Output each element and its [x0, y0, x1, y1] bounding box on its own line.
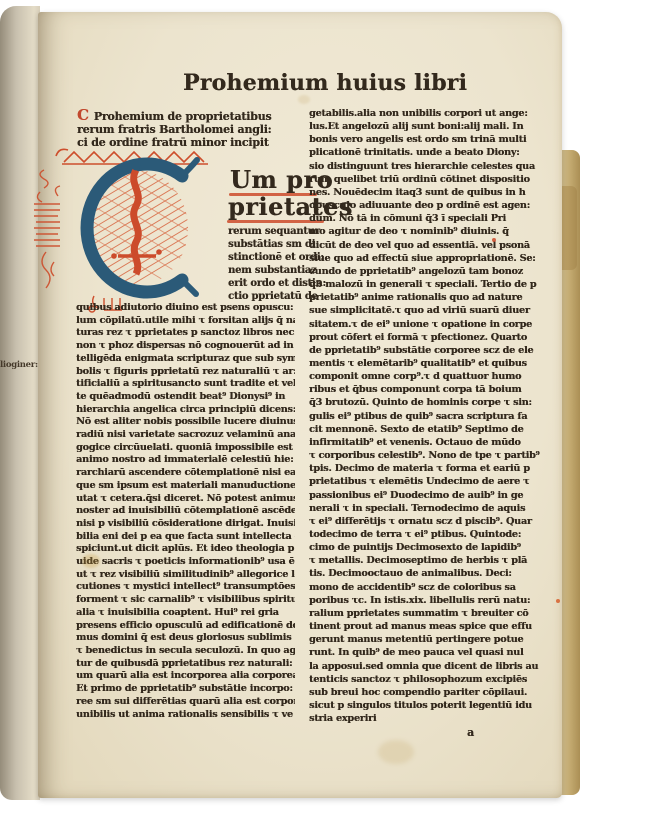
- text-line: todecimo de terra τ ei⁹ ptibus. Quintode…: [309, 528, 554, 541]
- text-line: mentis τ elemētarib⁹ qualitatib⁹ et quib…: [309, 357, 554, 370]
- red-ink-dot: [556, 599, 560, 603]
- text-line: ree sm sui differētias quarū alia est co…: [76, 696, 295, 709]
- text-line: opusculo adiuuante deo p ordinē est agen…: [309, 199, 554, 212]
- text-line: animo nostro ad immaterialē celestiū hie…: [76, 454, 295, 467]
- text-line: siue quo ad effectū siue appropriationē.…: [309, 252, 554, 265]
- text-line: tis. Decimooctauo de animalibus. Deci:: [309, 567, 554, 580]
- text-line: gerunt manus metentiū pertingere potue: [309, 633, 554, 646]
- text-line: mo agitur de deo τ nominib⁹ diuinis. q̄: [309, 225, 554, 238]
- text-line: radiū nisi varietate sacrozuz velaminū a…: [76, 429, 295, 442]
- text-line: sicut p singulos titulos poterit legenti…: [309, 699, 554, 712]
- text-line: prietatibus τ elemētis Undecimo de aere …: [309, 475, 554, 488]
- text-line: runt. In quib⁹ de meo pauca vel quasi nu…: [309, 646, 554, 659]
- text-line: tificialiū a spiritusancto sunt tradite …: [76, 378, 295, 391]
- text-line: tenticis sanctoz τ philosophozum excipiē…: [309, 673, 554, 686]
- text-line: utat τ cetera.q̄si diceret. Nō potest an…: [76, 493, 295, 506]
- text-line: bilia eni dei p ea que facta sunt intell…: [76, 531, 295, 544]
- text-line: q̄3 brutozū. Quinto de hominis corpe τ s…: [309, 396, 554, 409]
- red-ink-dot: [492, 238, 496, 242]
- text-line: presens efficio opusculū ad edificationē…: [76, 620, 295, 633]
- foxing-spot: [298, 95, 310, 104]
- text-fragment: iner:: [17, 360, 38, 370]
- text-line: cimo de puintijs Decimosexto de lapidib⁹: [309, 541, 554, 554]
- text-line: lus.Et angelozū alij sunt boni:alij mali…: [309, 120, 554, 133]
- text-line: stria experiri: [309, 712, 554, 725]
- text-line: poribus τc. In istis.xix. libellulis rer…: [309, 594, 554, 607]
- rubric-line: rerum fratris Bartholomei angli:: [77, 123, 321, 136]
- text-line: componit omne corp⁹.τ d quattuor humo: [309, 370, 554, 383]
- text-line: unibilis ut anima rationalis sensibilis …: [76, 709, 295, 722]
- book-photograph: lioginer:euiDili Prohemium huius libri C…: [0, 0, 647, 828]
- signature-mark: a: [467, 726, 474, 739]
- text-line: sio distinguunt tres hierarchie celestes…: [309, 160, 554, 173]
- text-line: Nō est aliter nobis possibile lucere diu…: [76, 416, 295, 429]
- text-line: quibus adiutorio diuino est psens opuscu…: [76, 302, 295, 315]
- text-line: hierarchia angelica circa principiū dice…: [76, 404, 295, 417]
- text-line: q̄3 malozū in generali τ speciali. Terti…: [309, 278, 554, 291]
- text-line: te quēadmodū ostendit beat⁹ Dionysi⁹ in: [76, 391, 295, 404]
- text-line: mono de accidentib⁹ scz de coloribus sa: [309, 581, 554, 594]
- rubric-text: Prohemium de proprietatibus: [94, 110, 272, 123]
- text-line: getabilis.alia non unibilis corpori ut a…: [309, 107, 554, 120]
- left-text-column: quibus adiutorio diuino est psens opuscu…: [76, 302, 295, 726]
- text-fragment: liog: [0, 360, 17, 370]
- text-line: cutiones τ mystici intellect⁹ transumptō…: [76, 581, 295, 594]
- rubric-line: CProhemium de proprietatibus: [77, 109, 321, 123]
- text-line: τ benedictus in secula seculozū. In quo …: [76, 645, 295, 658]
- text-line: sue simplicitatē.τ quo ad viriū suarū di…: [309, 304, 554, 317]
- foxing-spot: [378, 740, 414, 764]
- text-line: sub breui hoc compendio pariter cōpilaui…: [309, 686, 554, 699]
- text-line: noster ad inuisibiliū cōtemplationē ascē…: [76, 505, 295, 518]
- fore-edge-tab: [560, 186, 577, 270]
- text-line: rum quelibet triū ordinū cōtinet disposi…: [309, 173, 554, 186]
- text-line: cundo de pprietatib⁹ angelozū tam bonoz: [309, 265, 554, 278]
- initial-letter-C: [30, 144, 230, 314]
- text-line: ribus et q̄bus componunt corpa tā boium: [309, 383, 554, 396]
- text-line: sitatem.τ de ei⁹ unione τ opatione in co…: [309, 318, 554, 331]
- gutter-facing-page: lioginer:euiDili: [0, 6, 40, 800]
- text-line: de pprietatib⁹ substātie corporee scz de…: [309, 344, 554, 357]
- text-line: nes. Nouēdecim itaq3 sunt de quibus in h: [309, 186, 554, 199]
- text-line: plicationē trinitatis. unde a beato Dion…: [309, 146, 554, 159]
- text-line: mus domini q̄ est deus gloriosus sublimi…: [76, 632, 295, 645]
- text-line: dicūt de deo vel quo ad essentiā. vel ps…: [309, 239, 554, 252]
- text-line: alia τ inuisibilia coaptent. Hui⁹ rei gr…: [76, 607, 295, 620]
- text-line: tur de quibusdā pprietatibus rez natural…: [76, 658, 295, 671]
- facing-page-text-fragments: lioginer:euiDili: [0, 358, 34, 373]
- text-line: turas rez τ pprietates p sanctoz libros …: [76, 327, 295, 340]
- rubric-incipit: CProhemium de proprietatibus rerum fratr…: [77, 109, 321, 149]
- text-line: tinent prout ad manus meas spice que eff…: [309, 620, 554, 633]
- text-line: infirmitatib⁹ et venenis. Octauo de mūdo: [309, 436, 554, 449]
- text-line: bonis vero angelis est ordo sm trinā mul…: [309, 133, 554, 146]
- text-line: passionibus ei⁹ Duodecimo de auib⁹ in ge: [309, 489, 554, 502]
- text-line: forment τ sic carnalib⁹ τ visibilibus sp…: [76, 594, 295, 607]
- text-line: prout cōfert ei formā τ pfectionez. Quar…: [309, 331, 554, 344]
- text-line: τ corporibus celestib⁹. Nono de tpe τ pa…: [309, 449, 554, 462]
- text-line: cit mennonē. Sexto de etatib⁹ Septimo de: [309, 423, 554, 436]
- right-text-column: getabilis.alia non unibilis corpori ut a…: [309, 107, 554, 727]
- text-line: τ metallis. Decimoseptimo de herbis τ pl…: [309, 554, 554, 567]
- text-line: τ ei⁹ differētijs τ ornatu scz d piscib⁹…: [309, 515, 554, 528]
- foxing-spot: [82, 554, 100, 568]
- text-line: uide sacris τ poeticis informationib⁹ us…: [76, 556, 295, 569]
- text-line: ut τ rez visibiliū similitudinib⁹ allego…: [76, 569, 295, 582]
- text-line: que sm ipsum est materiali manuductione: [76, 480, 295, 493]
- running-title: Prohemium huius libri: [183, 70, 467, 96]
- text-line: la apposui.sed omnia que dicent de libri…: [309, 660, 554, 673]
- text-line: spiciunt.ut dicit aplūs. Et ideo theolog…: [76, 543, 295, 556]
- text-line: tpis. Decimo de materia τ forma et eariū…: [309, 462, 554, 475]
- text-line: ralium pprietates summatim τ breuiter cō: [309, 607, 554, 620]
- text-line: non τ phoz dispersas nō cognouerūt ad in: [76, 340, 295, 353]
- text-line: rarchiarū ascendere cōtemplationē nisi e…: [76, 467, 295, 480]
- capitulum-mark: C: [77, 106, 89, 124]
- text-line: bolis τ figuris pprietatū rez naturaliū …: [76, 366, 295, 379]
- text-line: nerali τ in speciali. Ternodecimo de aqu…: [309, 502, 554, 515]
- text-line: prietatib⁹ anime rationalis quo ad natur…: [309, 291, 554, 304]
- text-line: um quarū alia est incorporea alia corpor…: [76, 670, 295, 683]
- text-line: dum. Nō tā in cōmuni q̄3 ī speciali Pri: [309, 212, 554, 225]
- penwork-flourish-left: [34, 170, 60, 288]
- text-line: gulis ei⁹ ptibus de quib⁹ sacra scriptur…: [309, 410, 554, 423]
- text-line: Et primo de pprietatib⁹ substātie incorp…: [76, 683, 295, 696]
- text-line: nisi p visibiliū cōsideratione dirigat. …: [76, 518, 295, 531]
- illuminated-initial: [30, 144, 230, 314]
- text-line: gogice circūuelati. quoniā impossibile e…: [76, 442, 295, 455]
- text-line: lum cōpilatū.utile mihi τ forsitan alijs…: [76, 315, 295, 328]
- text-line: telligēda enigmata scripturaz que sub sy…: [76, 353, 295, 366]
